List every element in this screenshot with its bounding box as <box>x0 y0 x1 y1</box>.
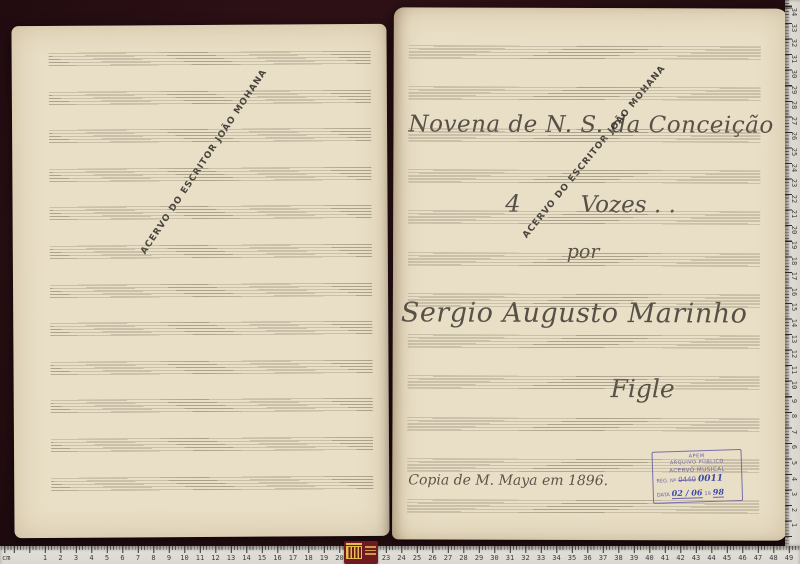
left-page: ACERVO DO ESCRITOR JOÃO MOHANA <box>11 24 389 538</box>
ruler-number: 3 <box>790 488 798 500</box>
ruler-number: 22 <box>790 193 798 205</box>
reg-label: REG. Nº <box>656 478 676 485</box>
date-year-prefix: 19 <box>704 491 711 497</box>
ruler-number: 3 <box>74 554 78 562</box>
ruler-number: 31 <box>506 554 514 562</box>
ruler-number: 20 <box>790 224 798 236</box>
ruler-number: 24 <box>397 554 405 562</box>
ruler-number: 32 <box>521 554 529 562</box>
ruler-number: 45 <box>723 554 731 562</box>
ruler-number: 18 <box>790 255 798 267</box>
ruler-number: 24 <box>790 162 798 174</box>
staff-line <box>49 167 371 182</box>
ruler-number: 43 <box>692 554 700 562</box>
ruler-number: 16 <box>790 286 798 298</box>
ruler-number: 10 <box>180 554 188 562</box>
ruler-vertical: 3433323130292827262524232221201918171615… <box>785 0 800 546</box>
ruler-number: 1 <box>790 519 798 531</box>
ruler-number: 34 <box>552 554 560 562</box>
ruler-horizontal-cm-ticks <box>0 546 800 553</box>
ruler-number: 7 <box>136 554 140 562</box>
ruler-number: 12 <box>211 554 219 562</box>
ruler-number: 14 <box>790 317 798 329</box>
ruler-number: 6 <box>790 441 798 453</box>
ruler-number: 21 <box>790 208 798 220</box>
date-label: DATA <box>657 492 670 499</box>
ruler-number: 31 <box>790 53 798 65</box>
ruler-number: 40 <box>645 554 653 562</box>
staff-line <box>49 128 371 143</box>
staff-line <box>408 211 760 225</box>
staff-line <box>51 398 373 413</box>
copyist-note-text: Copia de M. Maya em 1896. <box>408 472 608 489</box>
building-icon <box>346 546 362 559</box>
ruler-number: 1 <box>43 554 47 562</box>
ruler-number: 15 <box>258 554 266 562</box>
ruler-number: 5 <box>105 554 109 562</box>
staff-line <box>408 252 760 266</box>
ruler-number: 5 <box>790 457 798 469</box>
ruler-number: 30 <box>490 554 498 562</box>
ruler-number: 39 <box>630 554 638 562</box>
ruler-number: 41 <box>661 554 669 562</box>
ruler-number: 9 <box>790 395 798 407</box>
ruler-number: 7 <box>790 426 798 438</box>
right-page-staves <box>394 7 789 8</box>
ruler-number: 30 <box>790 68 798 80</box>
ruler-number: 19 <box>320 554 328 562</box>
staff-line <box>50 205 372 220</box>
staff-line <box>409 87 761 101</box>
manuscript-photo: ACERVO DO ESCRITOR JOÃO MOHANA Novena de… <box>0 0 800 564</box>
ruler-number: 20 <box>335 554 343 562</box>
ruler-number: 34 <box>790 6 798 18</box>
ruler-number: 12 <box>790 348 798 360</box>
ruler-number: 15 <box>790 301 798 313</box>
ruler-number: 2 <box>790 504 798 516</box>
staff-line <box>50 244 372 259</box>
reg-crossed-value: 0440 <box>678 476 696 485</box>
staff-line <box>50 360 372 375</box>
ruler-number: 44 <box>707 554 715 562</box>
staff-line <box>407 458 759 472</box>
ruler-number: 6 <box>120 554 124 562</box>
ruler-number: 38 <box>614 554 622 562</box>
ruler-number: 4 <box>89 554 93 562</box>
ruler-number: 10 <box>790 379 798 391</box>
ruler-number: 19 <box>790 239 798 251</box>
ruler-number: 17 <box>790 270 798 282</box>
staff-line <box>49 90 371 105</box>
ruler-number: 27 <box>444 554 452 562</box>
ruler-number: 18 <box>304 554 312 562</box>
staff-line <box>408 128 760 142</box>
ruler-number: 13 <box>790 333 798 345</box>
ruler-number: 17 <box>289 554 297 562</box>
ruler-number: 27 <box>790 115 798 127</box>
ruler-number: 49 <box>785 554 793 562</box>
staff-line <box>408 334 760 348</box>
ruler-number: 14 <box>242 554 250 562</box>
ruler-number: 26 <box>790 130 798 142</box>
ruler-number: 16 <box>273 554 281 562</box>
archive-registration-stamp: APEM ARQUIVO PÚBLICO ACERVO MUSICAL REG.… <box>651 449 743 504</box>
ruler-number: 47 <box>754 554 762 562</box>
staff-line <box>50 283 372 298</box>
ruler-number: 13 <box>227 554 235 562</box>
ruler-number: 2 <box>58 554 62 562</box>
ruler-number: 11 <box>790 364 798 376</box>
staff-line <box>408 293 760 307</box>
archive-logo <box>344 541 378 564</box>
ruler-number: 8 <box>790 410 798 422</box>
ruler-horizontal: cm 1234567891011121314151617181920212223… <box>0 546 800 564</box>
logo-text-lines <box>365 546 376 557</box>
staff-line <box>49 51 371 66</box>
staff-line <box>50 321 372 336</box>
ruler-number: 35 <box>568 554 576 562</box>
ruler-number: 23 <box>790 177 798 189</box>
ruler-number: 42 <box>676 554 684 562</box>
ruler-unit-label: cm <box>2 554 10 562</box>
ruler-number: 36 <box>583 554 591 562</box>
staff-line <box>51 476 373 491</box>
archive-date-row: DATA 02 / 06 19 98 <box>654 485 742 500</box>
ruler-number: 29 <box>475 554 483 562</box>
ruler-number: 25 <box>790 146 798 158</box>
date-year-handwritten: 98 <box>713 486 724 497</box>
staff-line <box>408 376 760 390</box>
right-page: Novena de N. S. da Conceição 4 Vozes . .… <box>392 7 789 540</box>
ruler-number: 28 <box>790 99 798 111</box>
ruler-number: 33 <box>537 554 545 562</box>
ruler-number: 28 <box>459 554 467 562</box>
ruler-number: 8 <box>151 554 155 562</box>
ruler-number: 46 <box>738 554 746 562</box>
ruler-number: 9 <box>167 554 171 562</box>
ruler-number: 26 <box>428 554 436 562</box>
staff-line <box>409 45 761 59</box>
ruler-number: 23 <box>382 554 390 562</box>
ruler-number: 48 <box>769 554 777 562</box>
ruler-number: 33 <box>790 22 798 34</box>
ruler-number: 37 <box>599 554 607 562</box>
left-page-staves <box>11 24 386 26</box>
staff-line <box>407 500 759 514</box>
staff-line <box>407 417 759 431</box>
date-handwritten-value: 02 / 06 <box>672 487 703 499</box>
staff-line <box>51 437 373 452</box>
ruler-number: 11 <box>196 554 204 562</box>
staff-line <box>408 169 760 183</box>
ruler-number: 32 <box>790 37 798 49</box>
ruler-number: 29 <box>790 84 798 96</box>
ruler-number: 4 <box>790 473 798 485</box>
reg-handwritten-value: 0011 <box>698 474 723 486</box>
ruler-number: 25 <box>413 554 421 562</box>
